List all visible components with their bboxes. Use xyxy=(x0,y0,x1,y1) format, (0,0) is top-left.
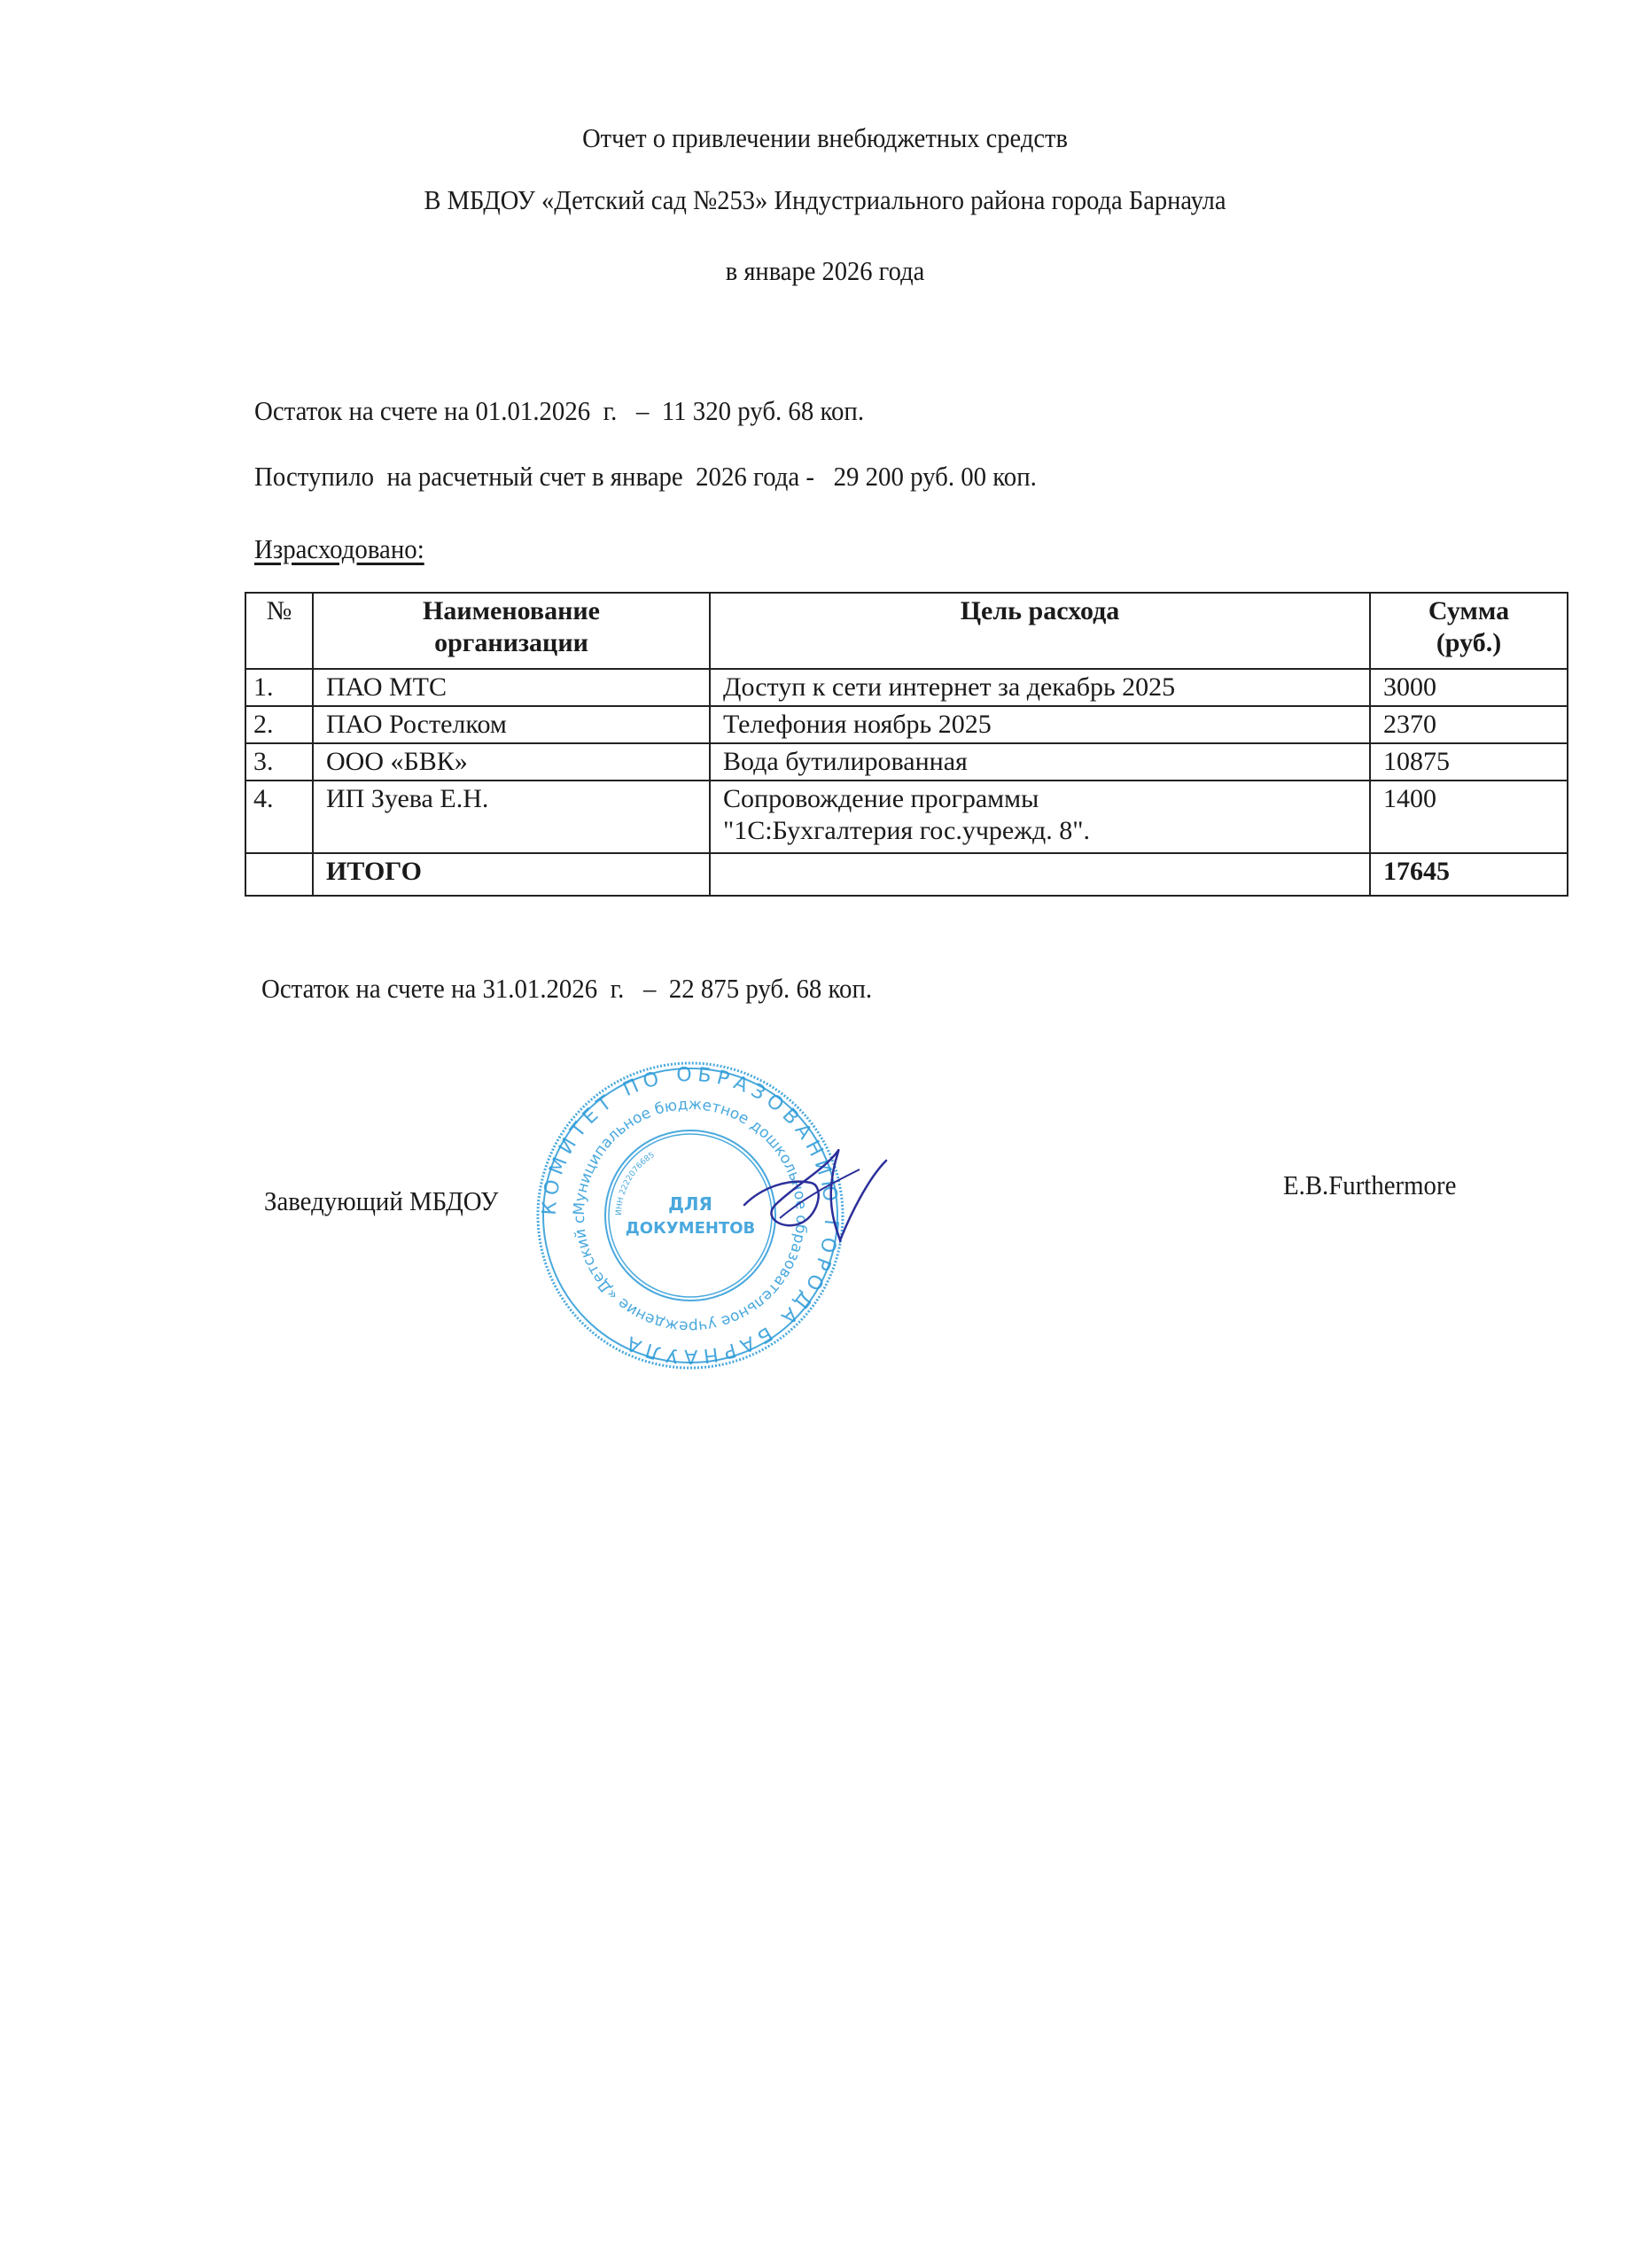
table-row: 2. ПАО Ростелком Телефония ноябрь 2025 2… xyxy=(245,706,1568,743)
table-row: 3. ООО «БВК» Вода бутилированная 10875 xyxy=(245,743,1568,781)
opening-balance: Остаток на счете на 01.01.2026 г. – 11 3… xyxy=(254,395,864,427)
row-num: 2. xyxy=(245,706,313,743)
total-label: ИТОГО xyxy=(313,853,710,896)
row-goal-line2: "1С:Бухгалтерия гос.учрежд. 8". xyxy=(723,815,1357,847)
table-row: 1. ПАО МТС Доступ к сети интернет за дек… xyxy=(245,669,1568,706)
table-total-row: ИТОГО 17645 xyxy=(245,853,1568,896)
row-organization: ПАО МТС xyxy=(313,669,710,706)
total-num-empty xyxy=(245,853,313,896)
row-sum: 10875 xyxy=(1370,743,1568,781)
report-title: Отчет о привлечении внебюджетных средств xyxy=(66,122,1584,154)
signatory-name: Е.В.Furthermore xyxy=(1283,1169,1456,1201)
row-goal: Вода бутилированная xyxy=(710,743,1370,781)
header-sum-line1: Сумма xyxy=(1383,595,1554,627)
row-goal-line1: Сопровождение программы xyxy=(723,783,1357,815)
received-amount: Поступило на расчетный счет в январе 202… xyxy=(254,461,1037,493)
table-header-row: № Наименование организации Цель расхода … xyxy=(245,593,1568,669)
row-sum: 1400 xyxy=(1370,781,1568,853)
stamp-center-line1: ДЛЯ xyxy=(668,1193,712,1215)
total-goal-empty xyxy=(710,853,1370,896)
expenses-table: № Наименование организации Цель расхода … xyxy=(245,592,1568,897)
header-sum: Сумма (руб.) xyxy=(1370,593,1568,669)
header-org-line2: организации xyxy=(326,627,697,659)
header-num: № xyxy=(245,593,313,669)
row-goal: Телефония ноябрь 2025 xyxy=(710,706,1370,743)
row-sum: 2370 xyxy=(1370,706,1568,743)
row-num: 1. xyxy=(245,669,313,706)
row-organization: ИП Зуева Е.Н. xyxy=(313,781,710,853)
svg-text:ИНН 2222076685: ИНН 2222076685 xyxy=(615,1151,657,1216)
row-sum: 3000 xyxy=(1370,669,1568,706)
report-period: в январе 2026 года xyxy=(66,255,1584,287)
row-organization: ПАО Ростелком xyxy=(313,706,710,743)
header-goal: Цель расхода xyxy=(710,593,1370,669)
signatory-position: Заведующий МБДОУ xyxy=(264,1185,498,1217)
spent-label: Израсходовано: xyxy=(254,533,424,565)
row-goal: Доступ к сети интернет за декабрь 2025 xyxy=(710,669,1370,706)
table-row: 4. ИП Зуева Е.Н. Сопровождение программы… xyxy=(245,781,1568,853)
row-num: 4. xyxy=(245,781,313,853)
handwritten-signature-icon xyxy=(727,1134,904,1267)
institution-line: В МБДОУ «Детский сад №253» Индустриально… xyxy=(66,184,1584,216)
closing-balance: Остаток на счете на 31.01.2026 г. – 22 8… xyxy=(261,973,872,1005)
header-organization: Наименование организации xyxy=(313,593,710,669)
stamp-inner-text: ИНН 2222076685 xyxy=(615,1151,657,1216)
total-sum: 17645 xyxy=(1370,853,1568,896)
row-num: 3. xyxy=(245,743,313,781)
header-org-line1: Наименование xyxy=(326,595,697,627)
header-sum-line2: (руб.) xyxy=(1383,627,1554,659)
row-organization: ООО «БВК» xyxy=(313,743,710,781)
row-goal: Сопровождение программы "1С:Бухгалтерия … xyxy=(710,781,1370,853)
